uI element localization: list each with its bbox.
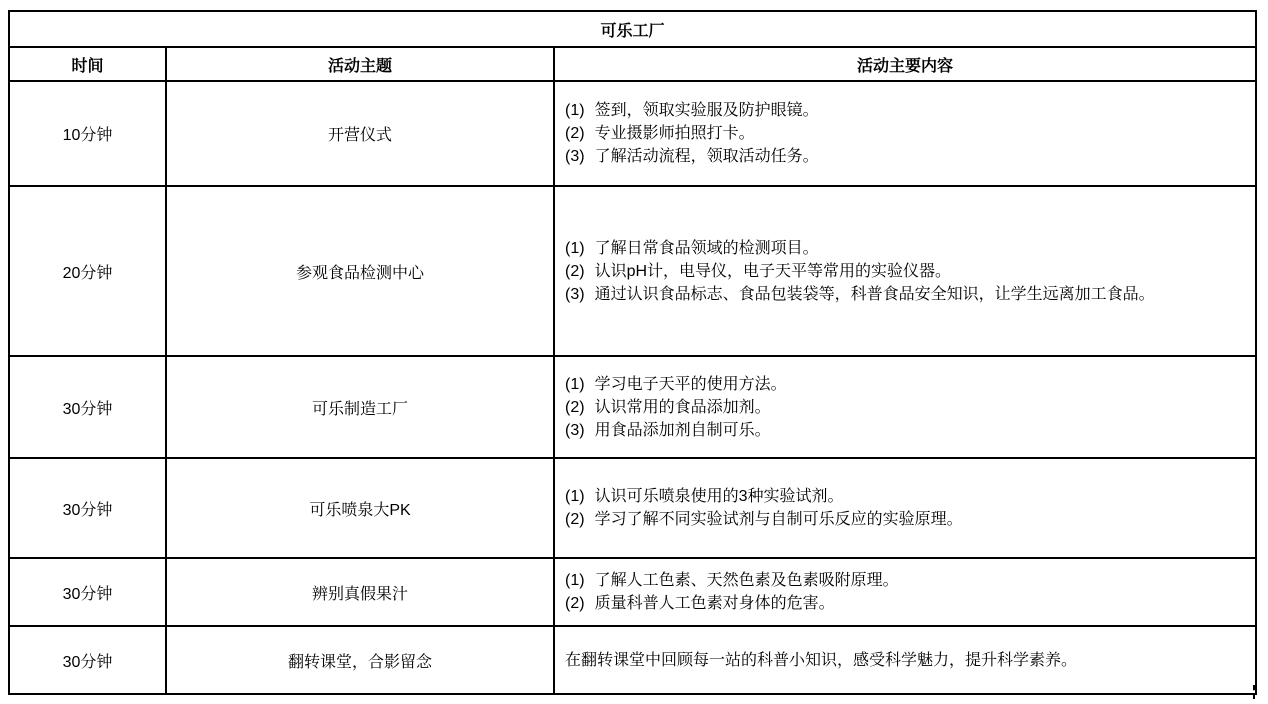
time-cell: 30分钟	[9, 626, 166, 694]
column-header-content: 活动主要内容	[554, 47, 1256, 81]
content-cell: (1)学习电子天平的使用方法。(2)认识常用的食品添加剂。(3)用食品添加剂自制…	[554, 356, 1256, 458]
list-text: 认识pH计，电导仪，电子天平等常用的实验仪器。	[595, 263, 951, 280]
content-line: (1)了解日常食品领域的检测项目。	[565, 237, 1251, 260]
theme-cell: 开营仪式	[166, 81, 554, 186]
list-number: (3)	[565, 145, 585, 168]
list-text: 质量科普人工色素对身体的危害。	[595, 595, 835, 612]
list-number: (1)	[565, 569, 585, 592]
list-text: 专业摄影师拍照打卡。	[595, 125, 755, 142]
content-cell: (1)了解日常食品领域的检测项目。(2)认识pH计，电导仪，电子天平等常用的实验…	[554, 186, 1256, 356]
content-line: 在翻转课堂中回顾每一站的科普小知识，感受科学魅力，提升科学素养。	[565, 649, 1251, 672]
list-text: 用食品添加剂自制可乐。	[595, 422, 771, 439]
content-cell: 在翻转课堂中回顾每一站的科普小知识，感受科学魅力，提升科学素养。	[554, 626, 1256, 694]
page: 可乐工厂 时间 活动主题 活动主要内容 10分钟开营仪式(1)签到，领取实验服及…	[0, 0, 1268, 704]
content-line: (3)通过认识食品标志、食品包装袋等，科普食品安全知识，让学生远离加工食品。	[565, 283, 1251, 306]
list-text: 认识可乐喷泉使用的3种实验试剂。	[595, 488, 844, 505]
content-cell: (1)了解人工色素、天然色素及色素吸附原理。(2)质量科普人工色素对身体的危害。	[554, 558, 1256, 626]
time-cell: 10分钟	[9, 81, 166, 186]
list-number: (3)	[565, 419, 585, 442]
content-line: (1)学习电子天平的使用方法。	[565, 373, 1251, 396]
table-row: 20分钟参观食品检测中心(1)了解日常食品领域的检测项目。(2)认识pH计，电导…	[9, 186, 1256, 356]
activity-schedule-table: 可乐工厂 时间 活动主题 活动主要内容 10分钟开营仪式(1)签到，领取实验服及…	[8, 10, 1257, 695]
table-row: 30分钟可乐制造工厂(1)学习电子天平的使用方法。(2)认识常用的食品添加剂。(…	[9, 356, 1256, 458]
list-number: (2)	[565, 396, 585, 419]
theme-cell: 翻转课堂，合影留念	[166, 626, 554, 694]
content-line: (2)学习了解不同实验试剂与自制可乐反应的实验原理。	[565, 508, 1251, 531]
table-row: 30分钟翻转课堂，合影留念在翻转课堂中回顾每一站的科普小知识，感受科学魅力，提升…	[9, 626, 1256, 694]
list-text: 签到，领取实验服及防护眼镜。	[595, 102, 819, 119]
list-text: 学习电子天平的使用方法。	[595, 376, 787, 393]
list-number: (1)	[565, 237, 585, 260]
column-header-time: 时间	[9, 47, 166, 81]
time-cell: 30分钟	[9, 458, 166, 558]
content-line: (1)签到，领取实验服及防护眼镜。	[565, 99, 1251, 122]
theme-cell: 参观食品检测中心	[166, 186, 554, 356]
content-line: (3)了解活动流程，领取活动任务。	[565, 145, 1251, 168]
table-row: 30分钟可乐喷泉大PK(1)认识可乐喷泉使用的3种实验试剂。(2)学习了解不同实…	[9, 458, 1256, 558]
list-text: 学习了解不同实验试剂与自制可乐反应的实验原理。	[595, 511, 963, 528]
content-line: (1)认识可乐喷泉使用的3种实验试剂。	[565, 485, 1251, 508]
list-number: (2)	[565, 122, 585, 145]
list-number: (3)	[565, 283, 585, 306]
list-text: 了解日常食品领域的检测项目。	[595, 240, 819, 257]
list-text: 了解人工色素、天然色素及色素吸附原理。	[595, 572, 899, 589]
content-cell: (1)认识可乐喷泉使用的3种实验试剂。(2)学习了解不同实验试剂与自制可乐反应的…	[554, 458, 1256, 558]
list-number: (1)	[565, 373, 585, 396]
list-text: 通过认识食品标志、食品包装袋等，科普食品安全知识，让学生远离加工食品。	[595, 286, 1155, 303]
list-text: 了解活动流程，领取活动任务。	[595, 148, 819, 165]
time-cell: 30分钟	[9, 356, 166, 458]
content-line: (2)认识常用的食品添加剂。	[565, 396, 1251, 419]
list-text: 认识常用的食品添加剂。	[595, 399, 771, 416]
time-cell: 20分钟	[9, 186, 166, 356]
table-body: 10分钟开营仪式(1)签到，领取实验服及防护眼镜。(2)专业摄影师拍照打卡。(3…	[9, 81, 1256, 694]
list-number: (1)	[565, 485, 585, 508]
table-corner-mark	[1253, 685, 1255, 699]
column-header-theme: 活动主题	[166, 47, 554, 81]
content-line: (3)用食品添加剂自制可乐。	[565, 419, 1251, 442]
content-cell: (1)签到，领取实验服及防护眼镜。(2)专业摄影师拍照打卡。(3)了解活动流程，…	[554, 81, 1256, 186]
table-row: 30分钟辨别真假果汁(1)了解人工色素、天然色素及色素吸附原理。(2)质量科普人…	[9, 558, 1256, 626]
table-title: 可乐工厂	[9, 11, 1256, 47]
list-number: (1)	[565, 99, 585, 122]
table-header-row: 时间 活动主题 活动主要内容	[9, 47, 1256, 81]
content-line: (1)了解人工色素、天然色素及色素吸附原理。	[565, 569, 1251, 592]
list-number: (2)	[565, 592, 585, 615]
content-line: (2)认识pH计，电导仪，电子天平等常用的实验仪器。	[565, 260, 1251, 283]
content-line: (2)质量科普人工色素对身体的危害。	[565, 592, 1251, 615]
list-number: (2)	[565, 508, 585, 531]
theme-cell: 可乐喷泉大PK	[166, 458, 554, 558]
time-cell: 30分钟	[9, 558, 166, 626]
theme-cell: 辨别真假果汁	[166, 558, 554, 626]
content-line: (2)专业摄影师拍照打卡。	[565, 122, 1251, 145]
theme-cell: 可乐制造工厂	[166, 356, 554, 458]
table-title-row: 可乐工厂	[9, 11, 1256, 47]
table-row: 10分钟开营仪式(1)签到，领取实验服及防护眼镜。(2)专业摄影师拍照打卡。(3…	[9, 81, 1256, 186]
list-number: (2)	[565, 260, 585, 283]
